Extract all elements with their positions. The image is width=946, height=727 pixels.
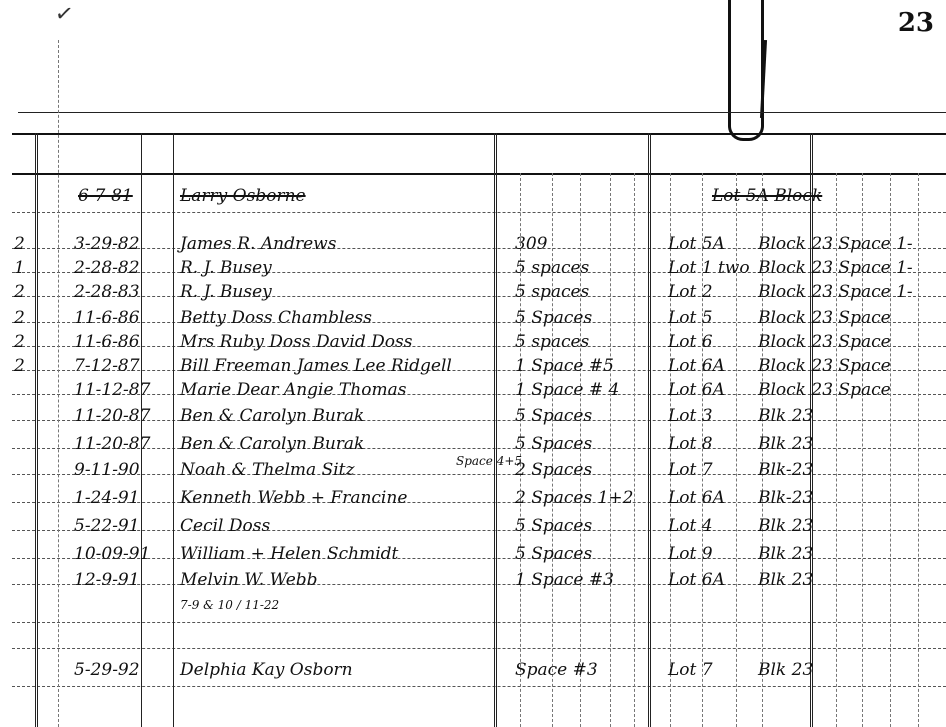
entry-spaces: 5 Spaces — [515, 308, 592, 328]
entry-date: 3-29-82 — [74, 234, 140, 254]
entry-date: 9-11-90 — [74, 460, 140, 480]
entry-spaces: 1 Space #3 — [515, 570, 614, 590]
entry-name: Betty Doss Chambless — [180, 308, 372, 328]
entry-lot: Lot 9 — [668, 544, 713, 564]
entry-block: Blk 23 — [758, 516, 813, 536]
entry-name: Kenneth Webb + Francine — [180, 488, 407, 508]
entry-block: Blk-23 — [758, 488, 813, 508]
entry-lot: Lot 4 — [668, 516, 713, 536]
entry-name: 7-9 & 10 / 11-22 — [180, 598, 279, 612]
entry-block: Block 23 Space 1- — [758, 258, 913, 278]
entry-name: James R. Andrews — [180, 234, 336, 254]
entry-spaces: 5 spaces — [515, 282, 589, 302]
entry-count: 2 — [14, 282, 25, 302]
entry-lot: Lot 8 — [668, 434, 713, 454]
entry-block: Block 23 Space — [758, 332, 891, 352]
entry-count: 2 — [14, 356, 25, 376]
entry-date: 2-28-82 — [74, 258, 140, 278]
ruling — [12, 173, 946, 175]
entry-count: 2 — [14, 234, 25, 254]
entry-date: 10-09-91 — [74, 544, 150, 564]
ledger-row: 11-12-87Marie Dear Angie Thomas1 Space #… — [0, 380, 946, 404]
entry-lot: Lot 6A — [668, 488, 725, 508]
entry-spaces: 2 Spaces 1+2 — [515, 488, 633, 508]
entry-spaces: 5 Spaces — [515, 434, 592, 454]
entry-date: 11-6-86 — [74, 332, 140, 352]
ledger-row: 5-29-92Delphia Kay OsbornSpace #3Lot 7Bl… — [0, 660, 946, 684]
column-divider — [141, 133, 142, 727]
entry-name: Mrs Ruby Doss David Doss — [180, 332, 412, 352]
entry-name: Delphia Kay Osborn — [180, 660, 353, 680]
entry-block: Block 23 Space — [758, 308, 891, 328]
ledger-row: 11-20-87Ben & Carolyn Burak5 SpacesLot 3… — [0, 406, 946, 430]
ledger-row: 9-11-90Noah & Thelma Sitz2 SpacesLot 7Bl… — [0, 460, 946, 484]
ledger-row: 22-28-83R. J. Busey5 spacesLot 2Block 23… — [0, 282, 946, 306]
column-divider — [173, 133, 174, 727]
entry-spaces: 1 Space #5 — [515, 356, 614, 376]
entry-date: 5-22-91 — [74, 516, 140, 536]
entry-lot: Lot 6 — [668, 332, 713, 352]
entry-count: 2 — [14, 308, 25, 328]
entry-name: Melvin W. Webb — [180, 570, 318, 590]
ledger-row: 23-29-82James R. Andrews309Lot 5ABlock 2… — [0, 234, 946, 258]
entry-spaces: 5 Spaces — [515, 406, 592, 426]
column-divider — [810, 133, 813, 727]
entry-spaces: 1 Space # 4 — [515, 380, 619, 400]
ruling — [12, 648, 946, 649]
entry-count: 2 — [14, 332, 25, 352]
entry-block: Blk 23 — [758, 544, 813, 564]
entry-name: Marie Dear Angie Thomas — [180, 380, 406, 400]
header-entry: 6-7-81 Larry Osborne Lot 5A Block — [0, 186, 946, 210]
entry-count: 1 — [14, 258, 25, 278]
entry-block: Blk 23 — [758, 406, 813, 426]
ledger-page: ✓ 23 6-7-81 Larry Osborne Lot 5A Block 2… — [0, 0, 946, 727]
ruling — [12, 212, 946, 213]
header-date: 6-7-81 — [78, 186, 133, 206]
entry-date: 7-12-87 — [74, 356, 140, 376]
entry-name: Noah & Thelma Sitz — [180, 460, 354, 480]
entry-lot: Lot 5A — [668, 234, 725, 254]
column-divider — [494, 133, 497, 727]
column-divider — [35, 133, 38, 727]
entry-block: Blk 23 — [758, 434, 813, 454]
header-location: Lot 5A Block — [712, 186, 822, 206]
ruling — [12, 133, 946, 135]
entry-date: 2-28-83 — [74, 282, 140, 302]
ruling — [18, 112, 946, 113]
entry-spaces: 2 Spaces — [515, 460, 592, 480]
entry-name: R. J. Busey — [180, 282, 272, 302]
entry-spaces: 5 Spaces — [515, 544, 592, 564]
entry-note: Space 4+5 — [456, 454, 522, 468]
ruling — [12, 686, 946, 687]
ledger-row: 211-6-86Mrs Ruby Doss David Doss5 spaces… — [0, 332, 946, 356]
entry-block: Blk 23 — [758, 660, 813, 680]
entry-lot: Lot 1 two — [668, 258, 750, 278]
ledger-row: 1-24-91Kenneth Webb + Francine2 Spaces 1… — [0, 488, 946, 512]
ledger-row: 27-12-87Bill Freeman James Lee Ridgell1 … — [0, 356, 946, 380]
entry-date: 11-6-86 — [74, 308, 140, 328]
ledger-row: 10-09-91William + Helen Schmidt5 SpacesL… — [0, 544, 946, 568]
entry-lot: Lot 6A — [668, 356, 725, 376]
entry-spaces: Space #3 — [515, 660, 598, 680]
entry-lot: Lot 6A — [668, 380, 725, 400]
entry-block: Blk-23 — [758, 460, 813, 480]
entry-lot: Lot 5 — [668, 308, 713, 328]
entry-date: 1-24-91 — [74, 488, 140, 508]
entry-date: 12-9-91 — [74, 570, 140, 590]
entry-date: 5-29-92 — [74, 660, 140, 680]
entry-lot: Lot 2 — [668, 282, 713, 302]
entry-block: Block 23 Space — [758, 380, 891, 400]
column-divider — [648, 133, 651, 727]
entry-lot: Lot 7 — [668, 460, 713, 480]
entry-lot: Lot 6A — [668, 570, 725, 590]
ledger-row: 12-28-82R. J. Busey5 spacesLot 1 twoBloc… — [0, 258, 946, 282]
entry-block: Block 23 Space 1- — [758, 282, 913, 302]
entry-lot: Lot 3 — [668, 406, 713, 426]
entry-spaces: 5 spaces — [515, 258, 589, 278]
entry-name: Cecil Doss — [180, 516, 270, 536]
entry-name: Ben & Carolyn Burak — [180, 434, 364, 454]
entry-date: 11-12-87 — [74, 380, 150, 400]
ruling — [12, 622, 946, 623]
header-name: Larry Osborne — [180, 186, 306, 206]
entry-spaces: 309 — [515, 234, 547, 254]
entry-date: 11-20-87 — [74, 406, 150, 426]
entry-spaces: 5 spaces — [515, 332, 589, 352]
entry-block: Block 23 Space 1- — [758, 234, 913, 254]
paper-clip-icon — [728, 0, 764, 141]
ledger-row: 211-6-86Betty Doss Chambless5 SpacesLot … — [0, 308, 946, 332]
entry-lot: Lot 7 — [668, 660, 713, 680]
pen-mark: ✓ — [53, 1, 75, 28]
ledger-row: 5-22-91Cecil Doss5 SpacesLot 4Blk 23 — [0, 516, 946, 540]
entry-date: 11-20-87 — [74, 434, 150, 454]
page-number: 23 — [898, 8, 934, 38]
entry-name: William + Helen Schmidt — [180, 544, 398, 564]
entry-block: Blk 23 — [758, 570, 813, 590]
entry-name: Ben & Carolyn Burak — [180, 406, 364, 426]
entry-block: Block 23 Space — [758, 356, 891, 376]
ledger-row: 12-9-91Melvin W. Webb1 Space #3Lot 6ABlk… — [0, 570, 946, 594]
entry-name: Bill Freeman James Lee Ridgell — [180, 356, 452, 376]
entry-name: R. J. Busey — [180, 258, 272, 278]
ledger-row: 7-9 & 10 / 11-22 — [0, 598, 946, 622]
entry-spaces: 5 Spaces — [515, 516, 592, 536]
